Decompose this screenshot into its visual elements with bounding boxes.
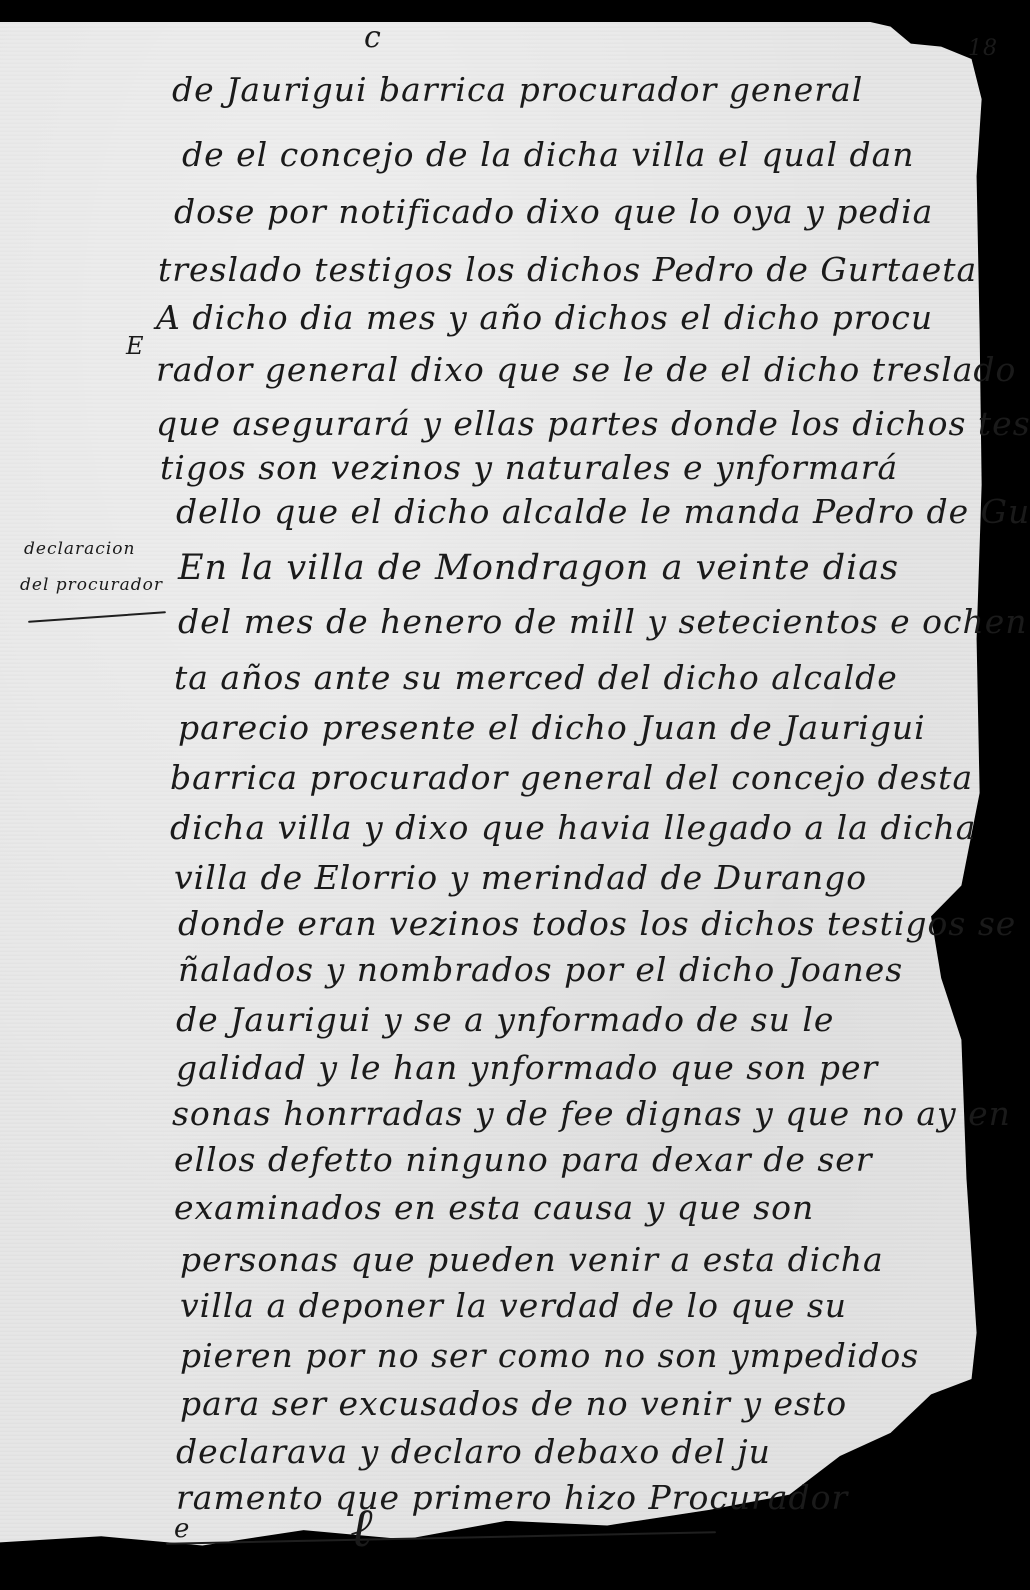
text-line: dicha villa y dixo que havia llegado a l…	[170, 808, 976, 847]
text-line: donde eran vezinos todos los dichos test…	[178, 904, 1016, 943]
text-line: pieren por no ser como no son ympedidos	[180, 1336, 919, 1375]
text-line: para ser excusados de no venir y esto	[180, 1384, 847, 1423]
text-line: En la villa de Mondragon a veinte dias	[178, 548, 899, 588]
text-line: galidad y le han ynformado que son per	[176, 1048, 878, 1087]
text-line: parecio presente el dicho Juan de Jaurig…	[178, 708, 926, 747]
text-line: barrica procurador general del concejo d…	[170, 758, 973, 797]
margin-note-line-1: declaracion	[24, 532, 135, 566]
margin-note-line-2: del procurador	[20, 568, 163, 602]
text-line: sonas honrradas y de fee dignas y que no…	[172, 1094, 1011, 1133]
text-line: ramento que primero hizo Procurador	[176, 1478, 848, 1517]
text-line: treslado testigos los dichos Pedro de Gu…	[158, 250, 977, 289]
trailing-letter: e	[174, 1514, 190, 1544]
text-line: rador general dixo que se le de el dicho…	[156, 350, 1016, 389]
text-line: ellos defetto ninguno para dexar de ser	[174, 1140, 873, 1179]
text-line: declarava y declaro debaxo del ju	[176, 1432, 771, 1471]
text-line: ñalados y nombrados por el dicho Joanes	[178, 950, 903, 989]
text-line: villa de Elorrio y merindad de Durango	[174, 858, 867, 897]
text-line: examinados en esta causa y que son	[174, 1188, 814, 1227]
text-line: villa a deponer la verdad de lo que su	[180, 1286, 847, 1325]
text-line: que asegurará y ellas partes donde los d…	[156, 404, 1030, 443]
text-line: de Jaurigui y se a ynformado de su le	[176, 1000, 834, 1039]
text-line: personas que pueden venir a esta dicha	[180, 1240, 884, 1279]
text-line: dose por notificado dixo que lo oya y pe…	[174, 192, 933, 231]
header-flourish: c	[364, 20, 381, 55]
text-line: de Jaurigui barrica procurador general	[172, 70, 863, 109]
text-line: dello que el dicho alcalde le manda Pedr…	[176, 492, 1030, 531]
text-line: tigos son vezinos y naturales e ynformar…	[160, 448, 898, 487]
folio-number: 18	[968, 36, 998, 61]
text-line: de el concejo de la dicha villa el qual …	[182, 135, 915, 174]
text-line: A dicho dia mes y año dichos el dicho pr…	[156, 298, 933, 337]
text-line: ta años ante su merced del dicho alcalde	[174, 658, 898, 697]
margin-mark: E	[126, 332, 145, 360]
text-line: del mes de henero de mill y setecientos …	[178, 602, 1028, 641]
signature-rubric-icon: ℓ	[350, 1496, 373, 1559]
